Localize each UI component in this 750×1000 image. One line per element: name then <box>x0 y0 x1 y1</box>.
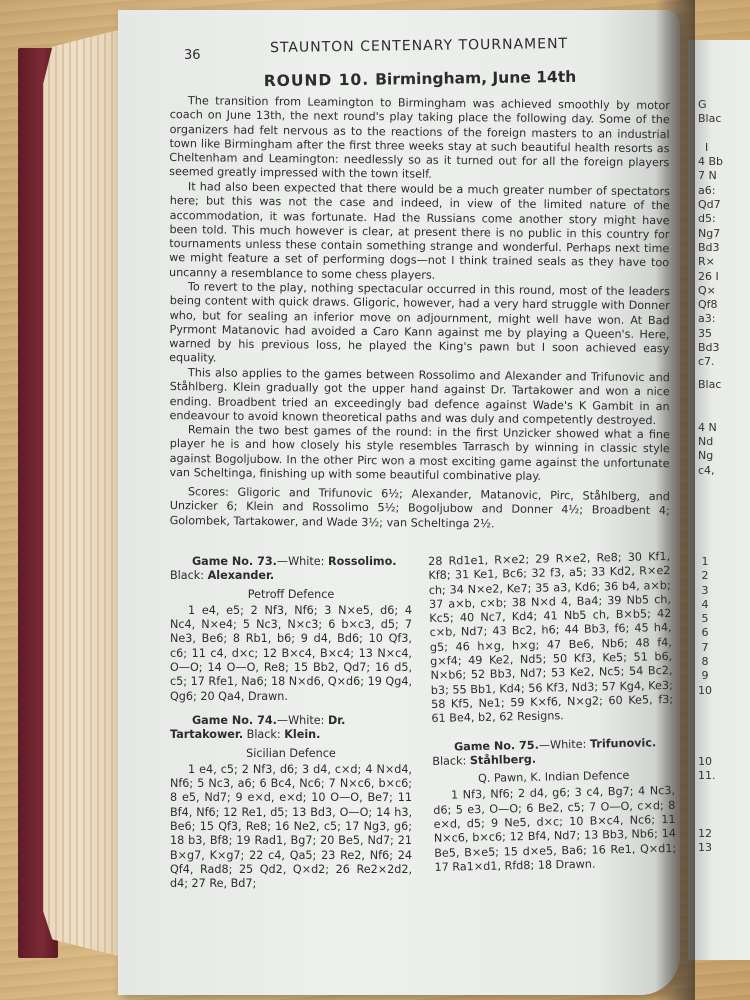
facing-page-top-fragment: G Blac I 4 Bb 7 N a6: Qd7 d5: Ng7 Bd3 R×… <box>698 98 750 370</box>
report-paragraph: Remain the two best games of the round: … <box>169 423 670 485</box>
black-player: Klein. <box>284 728 320 741</box>
game-75: Game No. 75.—White: Trifunovic. Black: S… <box>432 735 677 875</box>
white-player: Rossolimo. <box>328 555 397 568</box>
game-number: Game No. 75. <box>454 738 539 753</box>
game-moves-part-2: 28 Rd1e1, R×e2; 29 R×e2, Re8; 30 Kf1, Kf… <box>428 550 674 727</box>
games-column-left: Game No. 73.—White: Rossolimo. Black: Al… <box>170 555 412 902</box>
report-paragraph: To revert to the play, nothing spectacul… <box>169 280 670 371</box>
white-label: —White: <box>277 714 325 727</box>
facing-page: G Blac I 4 Bb 7 N a6: Qd7 d5: Ng7 Bd3 R×… <box>688 40 750 960</box>
game-moves: 1 e4, e5; 2 Nf3, Nf6; 3 N×e5, d6; 4 Nc4,… <box>170 604 412 704</box>
game-73: Game No. 73.—White: Rossolimo. Black: Al… <box>170 555 412 704</box>
white-label: —White: <box>539 737 587 751</box>
report-paragraph: The transition from Leamington to Birmin… <box>169 94 670 185</box>
report-paragraph: It had also been expected that there wou… <box>169 180 670 285</box>
black-label: Black: <box>170 569 204 582</box>
opening-name: Petroff Defence <box>170 588 412 602</box>
game-74-continued: 28 Rd1e1, R×e2; 29 R×e2, Re8; 30 Kf1, Kf… <box>428 550 674 727</box>
running-title: STAUNTON CENTENARY TOURNAMENT <box>270 36 568 56</box>
black-label: Black: <box>247 728 281 741</box>
book-page-edges <box>34 28 126 958</box>
game-moves-part-1: 1 e4, c5; 2 Nf3, d6; 3 d4, c×d; 4 N×d4, … <box>170 763 412 892</box>
white-label: —White: <box>277 555 325 568</box>
white-player: Trifunovic. <box>590 736 657 750</box>
facing-page-numbers: 1 2 3 4 5 6 7 8 9 10 10 11. 12 13 <box>698 555 726 855</box>
game-number: Game No. 74. <box>192 714 277 727</box>
game-74: Game No. 74.—White: Dr. Tartakower. Blac… <box>170 714 412 892</box>
game-heading: Game No. 73.—White: Rossolimo. Black: Al… <box>170 555 412 584</box>
report-paragraph: This also applies to the games between R… <box>169 366 670 428</box>
games-column-right: 28 Rd1e1, R×e2; 29 R×e2, Re8; 30 Kf1, Kf… <box>428 550 677 902</box>
black-player: Alexander. <box>208 569 275 582</box>
round-place-date: Birmingham, June 14th <box>375 68 576 89</box>
running-head: 36 STAUNTON CENTENARY TOURNAMENT <box>170 30 670 70</box>
facing-page-middle-fragment: Blac 4 N Nd Ng c4, <box>698 378 750 478</box>
game-moves: 1 Nf3, Nf6; 2 d4, g6; 3 c4, Bg7; 4 Nc3, … <box>433 784 677 875</box>
black-label: Black: <box>432 754 466 768</box>
round-heading: ROUND 10.Birmingham, June 14th <box>170 67 670 92</box>
game-heading: Game No. 75.—White: Trifunovic. Black: S… <box>432 735 675 769</box>
scores-paragraph: Scores: Gligoric and Trifunovic 6½; Alex… <box>170 485 670 533</box>
round-label: ROUND 10. <box>264 71 370 90</box>
opening-name: Sicilian Defence <box>170 747 412 761</box>
black-player: Ståhlberg. <box>470 753 536 767</box>
round-report: The transition from Leamington to Birmin… <box>170 94 670 528</box>
game-heading: Game No. 74.—White: Dr. Tartakower. Blac… <box>170 714 412 743</box>
games-columns: Game No. 73.—White: Rossolimo. Black: Al… <box>170 555 670 902</box>
page-content: 36 STAUNTON CENTENARY TOURNAMENT ROUND 1… <box>170 30 670 528</box>
game-number: Game No. 73. <box>192 555 277 568</box>
page-number: 36 <box>184 48 201 63</box>
